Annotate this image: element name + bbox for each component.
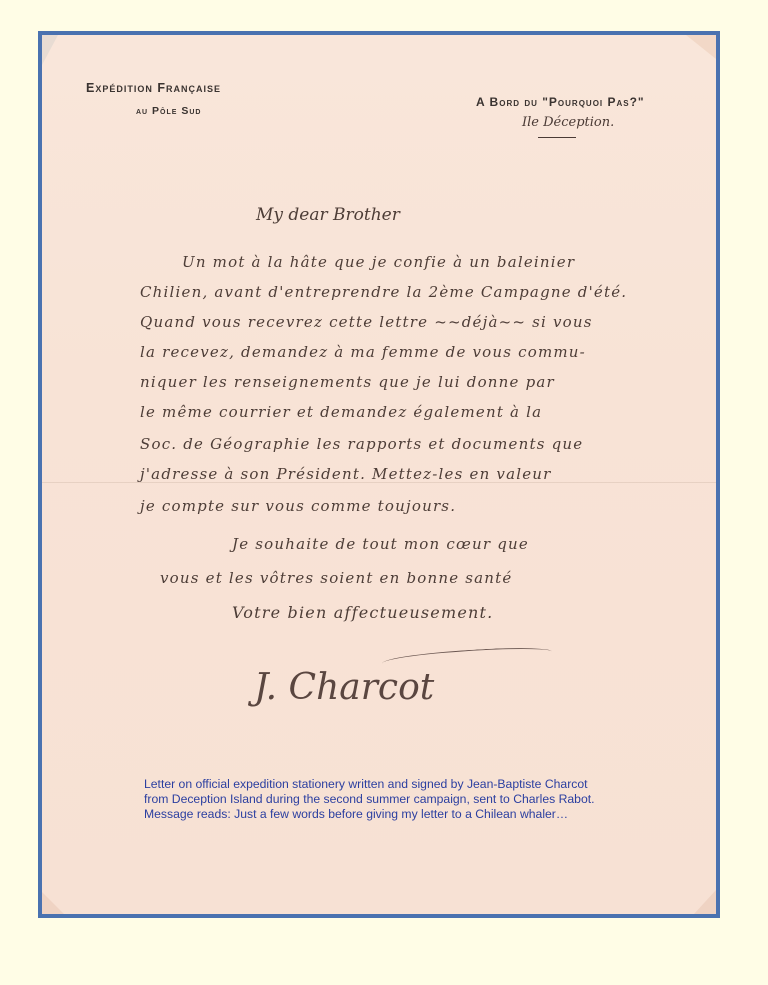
salutation: My dear Brother	[256, 205, 400, 225]
letter-paper: Expédition Française au Pôle Sud A Bord …	[42, 35, 716, 914]
signature-flourish	[382, 646, 553, 670]
letterhead-ship: A Bord du "Pourquoi Pas?"	[476, 95, 645, 109]
letter-line: Je souhaite de tout mon cœur que	[232, 535, 529, 553]
letter-frame: Expédition Française au Pôle Sud A Bord …	[38, 31, 720, 918]
letter-line: j'adresse à son Président. Mettez-les en…	[140, 465, 552, 483]
caption: Letter on official expedition stationery…	[144, 777, 664, 822]
paper-corner	[42, 35, 58, 65]
letter-line: Un mot à la hâte que je confie à un bale…	[182, 253, 575, 271]
letter-line: le même courrier et demandez également à…	[140, 403, 542, 421]
letterhead-left: Expédition Française au Pôle Sud	[86, 81, 221, 117]
closing: Votre bien affectueusement.	[232, 603, 493, 622]
letter-line: Quand vous recevrez cette lettre ~~déjà~…	[140, 313, 593, 331]
letter-line: Chilien, avant d'entreprendre la 2ème Ca…	[140, 283, 627, 301]
letter-line: Soc. de Géographie les rapports et docum…	[140, 435, 583, 453]
letter-line: la recevez, demandez à ma femme de vous …	[140, 343, 586, 361]
caption-line: Message reads: Just a few words before g…	[144, 807, 664, 822]
place-underline	[538, 137, 576, 138]
caption-line: from Deception Island during the second …	[144, 792, 664, 807]
letter-line: je compte sur vous comme toujours.	[140, 497, 456, 515]
paper-corner	[694, 890, 716, 914]
letter-line: vous et les vôtres soient en bonne santé	[160, 569, 512, 587]
letter-line: niquer les renseignements que je lui don…	[140, 373, 555, 391]
letter-place: Ile Déception.	[522, 115, 614, 130]
signature: J. Charcot	[254, 667, 434, 708]
paper-fold	[42, 482, 716, 483]
caption-line: Letter on official expedition stationery…	[144, 777, 664, 792]
letterhead-expedition: Expédition Française	[86, 81, 221, 95]
letterhead-pole: au Pôle Sud	[136, 105, 221, 117]
paper-corner	[42, 892, 64, 914]
paper-corner	[686, 35, 716, 59]
